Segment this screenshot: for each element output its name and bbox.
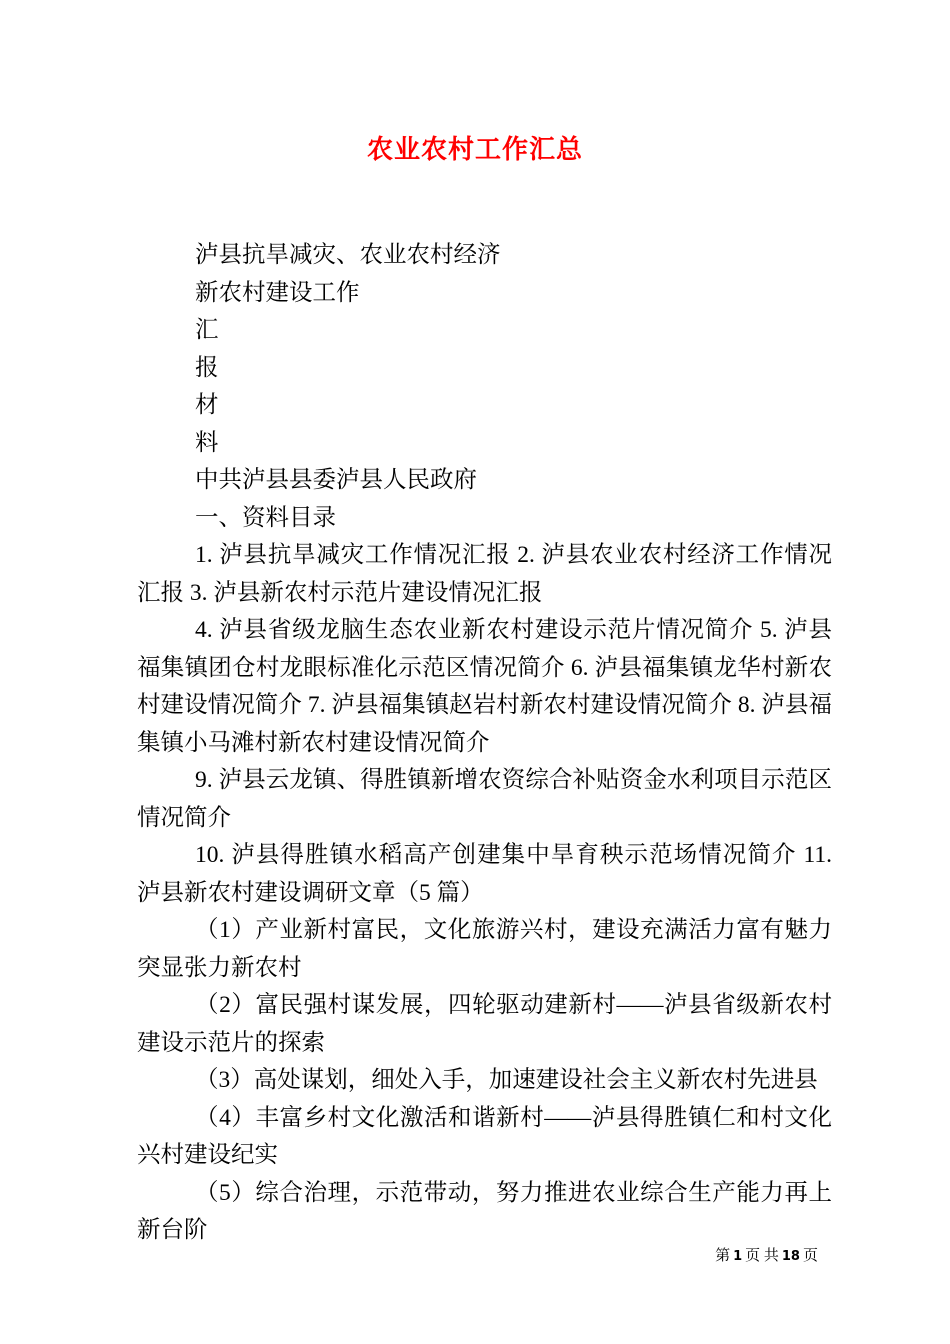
paragraph-intro-line-1: 泸县抗旱减灾、农业农村经济: [137, 237, 832, 275]
paragraph-char-bao: 报: [137, 350, 832, 388]
paragraph-section-heading: 一、资料目录: [137, 500, 832, 538]
page-number-footer: 第1页 共18页: [715, 1247, 818, 1266]
paragraph-intro-line-2: 新农村建设工作: [137, 275, 832, 313]
footer-label-pages: 页: [803, 1248, 818, 1264]
footer-label-of: 页 共: [745, 1248, 779, 1264]
paragraph-item-9: 9. 泸县云龙镇、得胜镇新增农资综合补贴资金水利项目示范区情况简介: [137, 762, 832, 837]
paragraph-subitem-5: （5）综合治理，示范带动，努力推进农业综合生产能力再上新台阶: [137, 1175, 832, 1250]
footer-label-page: 第: [715, 1248, 730, 1264]
document-page: 农业农村工作汇总 泸县抗旱减灾、农业农村经济 新农村建设工作 汇 报 材 料 中…: [0, 0, 950, 1344]
document-title: 农业农村工作汇总: [0, 129, 950, 166]
document-body: 泸县抗旱减灾、农业农村经济 新农村建设工作 汇 报 材 料 中共泸县县委泸县人民…: [137, 237, 832, 1250]
paragraph-items-10-11: 10. 泸县得胜镇水稻高产创建集中旱育秧示范场情况简介 11. 泸县新农村建设调…: [137, 837, 832, 912]
paragraph-subitem-3: （3）高处谋划，细处入手，加速建设社会主义新农村先进县: [137, 1062, 832, 1100]
paragraph-char-cai: 材: [137, 387, 832, 425]
paragraph-items-1-3: 1. 泸县抗旱减灾工作情况汇报 2. 泸县农业农村经济工作情况汇报 3. 泸县新…: [137, 537, 832, 612]
paragraph-char-liao: 料: [137, 425, 832, 463]
paragraph-char-hui: 汇: [137, 312, 832, 350]
paragraph-items-4-8: 4. 泸县省级龙脑生态农业新农村建设示范片情况简介 5. 泸县福集镇团仓村龙眼标…: [137, 612, 832, 762]
paragraph-subitem-4: （4）丰富乡村文化激活和谐新村——泸县得胜镇仁和村文化兴村建设纪实: [137, 1100, 832, 1175]
paragraph-author: 中共泸县县委泸县人民政府: [137, 462, 832, 500]
paragraph-subitem-2: （2）富民强村谋发展，四轮驱动建新村——泸县省级新农村建设示范片的探索: [137, 987, 832, 1062]
footer-total-pages: 18: [782, 1249, 800, 1264]
paragraph-subitem-1: （1）产业新村富民，文化旅游兴村，建设充满活力富有魅力突显张力新农村: [137, 912, 832, 987]
footer-current-page: 1: [733, 1249, 742, 1264]
